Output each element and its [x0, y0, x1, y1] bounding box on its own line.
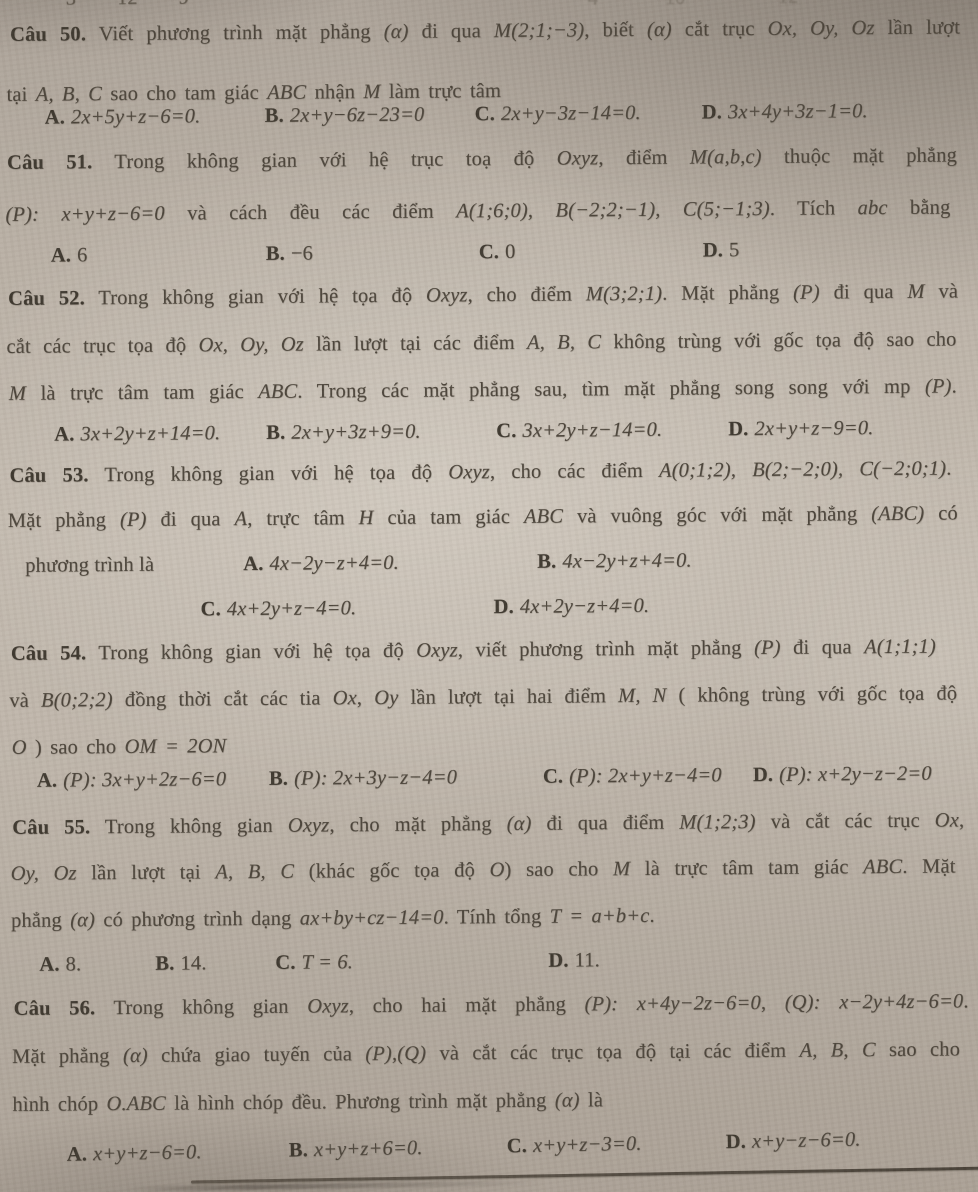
question-56-line-2: Mặt phẳng (α) chứa giao tuyến của (P),(Q…: [12, 1036, 960, 1069]
text-segment: M(a,b,c): [690, 146, 762, 169]
text-segment: OM = 2ON: [124, 735, 226, 758]
text-segment: M(1;2;3): [679, 811, 756, 834]
text-segment: đi qua: [781, 636, 865, 659]
q54-option-a: A.(P): 3x+y+2z−6=0: [37, 766, 226, 793]
question-54-line-1: Câu 54. Trong không gian với hệ tọa độ O…: [11, 634, 936, 667]
text-segment: (P): [793, 282, 820, 304]
question-51-line-2: (P): x+y+z−6=0 và cách đều các điểm A(1;…: [5, 195, 950, 228]
text-segment: M: [907, 281, 924, 303]
text-segment: , viết phương trình mặt phẳng: [458, 637, 754, 661]
text-segment: Mặt phẳng: [8, 509, 120, 532]
text-segment: ,: [959, 809, 964, 831]
text-segment: là hình chóp đều. Phương trình mặt phẳng: [166, 1090, 555, 1115]
text-segment: O: [12, 737, 27, 759]
text-segment: và vuông góc với mặt phẳng: [563, 503, 871, 527]
cropped-text-fragment-left: 3 12 9: [66, 0, 189, 11]
text-segment: (α): [555, 1089, 580, 1111]
text-segment: phương trình là: [25, 554, 154, 577]
text-segment: Oy, Oz: [11, 862, 77, 885]
text-segment: A, B, C: [527, 331, 601, 354]
question-55-line-1: Câu 55. Trong không gian Oxyz, cho mặt p…: [12, 807, 964, 840]
q50-option-d: D.3x+4y+3z−1=0.: [702, 98, 868, 125]
text-segment: O: [489, 859, 504, 881]
question-56-answers-row: A.x+y+z−6=0. B.x+y+z+6=0. C.x+y+z−3=0. D…: [5, 1124, 978, 1175]
text-segment: Oxyz: [307, 995, 349, 1017]
text-segment: và: [9, 690, 41, 712]
q53-option-c: C.4x+2y+z−4=0.: [200, 595, 356, 622]
text-segment: cắt trục: [672, 18, 768, 41]
text-segment: A(1;1;1): [864, 636, 936, 659]
q52-option-a: A.3x+2y+z+14=0.: [54, 420, 220, 447]
question-52-line-3: M là trực tâm tam giác ABC. Trong các mặ…: [9, 373, 957, 406]
text-segment: hình chóp: [12, 1093, 106, 1116]
text-segment: Oy: [374, 687, 398, 709]
text-segment: là trực tâm tam giác: [26, 381, 258, 405]
text-segment: , cho mặt phẳng: [329, 813, 506, 836]
question-56-line-1: Câu 56. Trong không gian Oxyz, cho hai m…: [14, 988, 969, 1021]
text-segment: . Tính tổng: [444, 906, 550, 929]
text-segment: cắt các trục tọa độ: [6, 334, 198, 358]
q50-option-c: C.2x+y−3z−14=0.: [475, 100, 641, 127]
q55-option-a: A.8.: [39, 951, 81, 977]
text-segment: Oxyz: [288, 814, 330, 836]
text-segment: M: [363, 81, 380, 103]
text-segment: Câu 53.: [9, 464, 88, 487]
scanned-exam-page: 3 12 9 4 10 12 Câu 50. Viết phương trình…: [0, 0, 978, 1192]
text-segment: Ox, Oy, Oz: [198, 334, 304, 357]
text-segment: lần lượt: [874, 16, 960, 39]
text-segment: chứa giao tuyến của: [148, 1043, 366, 1067]
text-segment: là: [580, 1089, 604, 1111]
text-segment: Oxyz: [557, 147, 599, 169]
q54-option-b: B.(P): 2x+3y−z−4=0: [269, 764, 457, 791]
q51-option-b: B.−6: [266, 241, 313, 267]
text-segment: và cắt các trục: [756, 810, 935, 833]
text-segment: (P): x+y+z−6=0: [5, 203, 164, 226]
text-segment: đồng thời cắt các tia: [113, 687, 333, 711]
text-segment: O.ABC: [106, 1093, 166, 1115]
text-segment: Câu 54.: [11, 642, 87, 665]
question-55-answers-row: A.8. B.14. C.T = 6. D.11.: [3, 944, 978, 984]
q51-option-d: D.5: [703, 237, 740, 263]
text-segment: . Mặt: [902, 856, 955, 878]
text-segment: ) sao cho: [504, 858, 613, 881]
question-53-line-3: phương trình là: [25, 552, 154, 579]
text-segment: ,: [357, 687, 374, 709]
text-segment: .: [649, 905, 654, 927]
text-segment: phẳng: [11, 909, 70, 931]
question-50-line-1: Câu 50. Viết phương trình mặt phẳng (α) …: [10, 14, 960, 47]
text-segment: nhận: [306, 81, 363, 103]
text-segment: M: [9, 383, 26, 405]
q55-option-b: B.14.: [155, 950, 206, 976]
q52-option-c: C.3x+2y+z−14=0.: [496, 417, 662, 444]
text-segment: .: [946, 458, 951, 480]
text-segment: M(2;1;−3): [494, 19, 584, 42]
question-53-line-1: Câu 53. Trong không gian với hệ tọa độ O…: [9, 456, 951, 489]
text-segment: và: [925, 280, 959, 302]
question-51-line-1: Câu 51. Trong không gian với hệ trục toạ…: [7, 142, 957, 175]
text-segment: Oxyz: [426, 284, 468, 306]
q54-option-d: D.(P): x+2y−z−2=0: [753, 761, 932, 788]
text-segment: Viết phương trình mặt phẳng: [86, 21, 384, 45]
text-segment: ABC: [863, 856, 902, 878]
text-segment: B(0;2;2): [41, 689, 113, 712]
text-segment: và cắt các trục tọa độ tại các điểm: [426, 1040, 800, 1065]
text-segment: M(3;2;1): [586, 283, 663, 306]
page-content: 3 12 9 4 10 12 Câu 50. Viết phương trình…: [0, 0, 978, 1192]
text-segment: , biết: [584, 19, 647, 41]
text-segment: Trong không gian với hệ trục toạ độ: [92, 148, 557, 174]
text-segment: Câu 50.: [10, 23, 86, 46]
text-segment: H: [359, 507, 374, 529]
text-segment: và cách đều các điểm: [165, 200, 456, 224]
text-segment: đi qua: [409, 20, 494, 43]
text-segment: (ABC): [871, 503, 924, 525]
cropped-text-fragment-right: 4 10 12: [588, 0, 799, 11]
text-segment: A, B, C: [799, 1039, 875, 1062]
question-53-answers-row-2: C.4x+2y+z−4=0. D.4x+2y−z+4=0.: [0, 590, 978, 630]
text-segment: bằng: [888, 197, 951, 219]
text-segment: Trong không gian: [90, 815, 288, 839]
q53-option-d: D.4x+2y−z+4=0.: [493, 593, 649, 620]
text-segment: (α): [384, 21, 409, 43]
text-segment: A, B, C: [36, 83, 102, 106]
text-segment: , cho điểm: [467, 283, 585, 306]
text-segment: đi qua: [147, 508, 235, 531]
q55-option-d: D.11.: [548, 947, 600, 973]
question-55-line-3: phẳng (α) có phương trình dạng ax+by+cz−…: [11, 900, 961, 933]
q56-option-a: A.x+y+z−6=0.: [67, 1139, 202, 1168]
text-segment: (Q): x−2y+4z−6=0: [785, 990, 964, 1013]
q50-option-a: A.2x+5y+z−6=0.: [45, 103, 201, 130]
question-52-answers-row: A.3x+2y+z+14=0. B.2x+y+3z+9=0. C.3x+2y+z…: [0, 414, 977, 454]
q51-option-c: C.0: [479, 239, 516, 265]
q52-option-b: B.2x+y+3z+9=0.: [266, 419, 421, 446]
question-56-line-3: hình chóp O.ABC là hình chóp đều. Phương…: [12, 1084, 962, 1117]
text-segment: ABC: [524, 506, 563, 528]
question-52-line-1: Câu 52. Trong không gian với hệ tọa độ O…: [8, 278, 958, 311]
text-segment: sao cho: [876, 1038, 961, 1061]
text-segment: (khác gốc tọa độ: [294, 859, 490, 883]
text-segment: có: [924, 502, 958, 524]
q52-option-d: D.2x+y+z−9=0.: [728, 415, 873, 442]
text-segment: (P): [120, 509, 147, 531]
text-segment: là trực tâm tam giác: [630, 856, 863, 880]
question-51-answers-row: A.6 B.−6 C.0 D.5: [0, 235, 976, 275]
text-segment: ) sao cho: [27, 736, 125, 759]
text-segment: M: [613, 858, 630, 880]
q55-option-c: C.T = 6.: [275, 949, 353, 976]
text-segment: ABC: [258, 381, 297, 403]
text-segment: M, N: [618, 685, 667, 707]
question-53-line-2: Mặt phẳng (P) đi qua A, trực tâm H của t…: [8, 500, 958, 533]
q54-option-c: C.(P): 2x+y+z−4=0: [543, 762, 722, 789]
text-segment: làm trực tâm: [380, 80, 501, 103]
q56-option-d: D.x+y−z−6=0.: [725, 1127, 860, 1156]
text-segment: (α): [70, 909, 95, 931]
text-segment: Ox: [333, 687, 357, 709]
text-segment: Mặt phẳng: [12, 1045, 123, 1068]
text-segment: không trùng với gốc tọa độ sao cho: [601, 328, 956, 353]
text-segment: Trong không gian với hệ tọa độ: [89, 461, 449, 486]
text-segment: ax+by+cz−14=0: [300, 907, 444, 930]
text-segment: Trong không gian: [95, 996, 307, 1020]
text-segment: , trực tâm: [247, 507, 359, 530]
question-50-answers-row: A.2x+5y+z−6=0. B.2x+y−6z−23=0 C.2x+y−3z−…: [0, 97, 975, 137]
text-segment: Oxyz: [448, 461, 490, 483]
q53-option-b: B.4x−2y+z+4=0.: [537, 548, 692, 575]
q56-option-b: B.x+y+z+6=0.: [289, 1135, 423, 1164]
text-segment: lần lượt tại hai điểm: [398, 685, 618, 709]
text-segment: Câu 52.: [8, 287, 85, 310]
text-segment: (P),(Q): [365, 1043, 426, 1065]
text-segment: A: [234, 508, 247, 530]
text-segment: đi qua điểm: [531, 812, 679, 835]
question-54-answers-row: A.(P): 3x+y+2z−6=0 B.(P): 2x+3y−z−4=0 C.…: [2, 760, 978, 800]
text-segment: tại: [6, 84, 35, 106]
text-segment: lần lượt tại: [77, 861, 216, 884]
text-segment: .: [951, 375, 956, 397]
text-segment: của tam giác: [373, 506, 524, 529]
text-segment: lần lượt tại các điểm: [304, 332, 527, 356]
text-segment: (P): x+4y−2z−6=0: [584, 992, 761, 1015]
question-55-line-2: Oy, Oz lần lượt tại A, B, C (khác gốc tọ…: [11, 854, 956, 887]
text-segment: T = a+b+c: [550, 905, 650, 928]
text-segment: ,: [761, 992, 785, 1014]
q56-option-c: C.x+y+z−3=0.: [506, 1131, 641, 1160]
text-segment: ( không trùng với gốc tọa độ: [666, 682, 957, 706]
text-segment: , cho các điểm: [490, 460, 659, 483]
text-segment: (α): [123, 1045, 148, 1067]
text-segment: có phương trình dạng: [95, 908, 300, 932]
bottom-rule-line: [191, 1167, 978, 1184]
text-segment: ABC: [267, 82, 306, 104]
text-segment: thuộc mặt phẳng: [762, 144, 958, 168]
text-segment: A(0;1;2), B(2;−2;0), C(−2;0;1): [659, 458, 946, 482]
text-segment: đi qua: [820, 281, 908, 304]
text-segment: (P): [925, 376, 952, 398]
q53-option-a: A.4x−2y−z+4=0.: [243, 550, 399, 577]
question-52-line-2: cắt các trục tọa độ Ox, Oy, Oz lần lượt …: [6, 326, 956, 359]
text-segment: (α): [647, 19, 672, 41]
page-edge-shadow: [125, 1180, 545, 1191]
q51-option-a: A.6: [51, 242, 88, 268]
q50-option-b: B.2x+y−6z−23=0: [265, 102, 425, 129]
text-segment: A(1;6;0), B(−2;2;−1), C(5;−1;3): [456, 198, 770, 222]
text-segment: . Trong các mặt phẳng sau, tìm mặt phẳng…: [297, 376, 925, 403]
question-54-line-3: O ) sao cho OM = 2ON: [12, 727, 962, 760]
text-segment: Ox: [935, 809, 959, 831]
text-segment: Câu 51.: [7, 151, 92, 174]
text-segment: sao cho tam giác: [102, 82, 267, 105]
text-segment: Trong không gian với hệ tọa độ: [85, 285, 426, 310]
text-segment: .: [963, 990, 968, 1012]
question-53-answers-row-1: phương trình là A.4x−2y−z+4=0. B.4x−2y+z…: [0, 545, 978, 585]
text-segment: (α): [507, 813, 532, 835]
text-segment: Ox, Oy, Oz: [768, 17, 875, 40]
text-segment: . Tích: [770, 197, 858, 220]
text-segment: Câu 56.: [14, 997, 96, 1020]
question-54-line-2: và B(0;2;2) đồng thời cắt các tia Ox, Oy…: [9, 680, 957, 713]
text-segment: , điểm: [598, 147, 690, 170]
text-segment: . Mặt phẳng: [662, 282, 793, 305]
text-segment: , cho hai mặt phẳng: [349, 993, 585, 1017]
text-segment: A, B, C: [215, 861, 294, 884]
text-segment: Oxyz: [416, 639, 458, 661]
text-segment: (P): [754, 637, 781, 659]
text-segment: abc: [857, 197, 887, 219]
text-segment: Câu 55.: [12, 816, 90, 839]
text-segment: Trong không gian với hệ tọa độ: [86, 640, 416, 665]
